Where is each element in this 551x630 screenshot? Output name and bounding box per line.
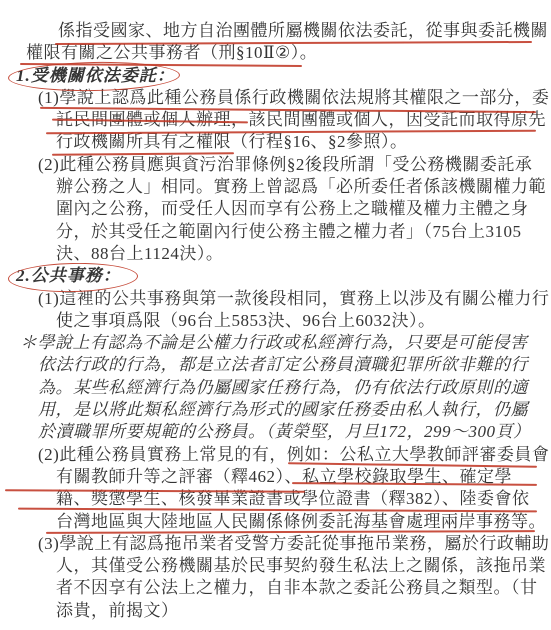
text-line: 圍內之公務，而受任人因而享有公務上之職權及權力主體之身: [0, 198, 551, 220]
text-line: 添貴，前揭文）: [0, 600, 551, 622]
text-line: 者不因享有公法上之權力，自非本款之委託公務員之類型。（甘: [0, 577, 551, 599]
text-line: 台灣地區與大陸地區人民關係條例委託海基會處理兩岸事務等。: [0, 511, 551, 533]
text-line: 辦公務之人」相同。實務上曾認爲「必所委任者係該機關權力範: [0, 176, 551, 198]
text-line: (2)此種公務員應與貪污治罪條例§2後段所謂「受公務機關委託承: [0, 154, 551, 176]
text-line: (2)此種公務員實務上常見的有，例如：公私立大學教師評審委員會: [0, 444, 551, 466]
text-line: 決、88台上1124決）。: [0, 243, 551, 265]
text-line: (3)學說上有認爲拖吊業者受警方委託從事拖吊業務，屬於行政輔助: [0, 533, 551, 555]
text-line: 籍、獎懲學生、核發畢業證書或學位證書（釋382）、陸委會依: [0, 488, 551, 510]
text-line: (1)學說上認爲此種公務員係行政機關依法規將其權限之一部分，委: [0, 87, 551, 109]
document-page: 係指受國家、地方自治團體所屬機關依法委託，從事與委託機關 權限有關之公共事務者（…: [0, 0, 551, 630]
heading-entrusted-by-agency: 1.受機關依法委託：: [0, 65, 551, 87]
scholar-note-line: 依法行政的行為，都是立法者訂定公務員瀆職犯罪所欲非難的行: [0, 354, 551, 376]
scholar-note-line: ＊學說上有認為不論是公權力行政或私經濟行為，只要是可能侵害: [0, 332, 551, 354]
scholar-note-line: 於瀆職罪所要規範的公務員。（黃榮堅，月旦172，299～300頁）: [0, 421, 551, 443]
text-line: 權限有關之公共事務者（刑§10Ⅱ②）。: [0, 42, 551, 64]
scholar-note-line: 為。某些私經濟行為仍屬國家任務行為，仍有依法行政原則的適: [0, 377, 551, 399]
text-line: 有關教師升等之評審（釋462）、私立學校錄取學生、確定學: [0, 466, 551, 488]
document-text: 係指受國家、地方自治團體所屬機關依法委託，從事與委託機關 權限有關之公共事務者（…: [0, 20, 551, 622]
text-line: 人，其僅受公務機關基於民事契約發生私法上之關係，該拖吊業: [0, 555, 551, 577]
text-line: 係指受國家、地方自治團體所屬機關依法委託，從事與委託機關: [0, 20, 551, 42]
text-line: (1)這裡的公共事務與第一款後段相同，實務上以涉及有關公權力行: [0, 288, 551, 310]
heading-public-affairs: 2.公共事務：: [0, 265, 551, 287]
text-line: 分，於其受任之範圍內行使公務主體之權力者」（75台上3105: [0, 221, 551, 243]
text-line: 行政機關所具有之權限（行程§16、§2參照）。: [0, 131, 551, 153]
text-line: 託民間團體或個人辦理，該民間團體或個人，因受託而取得原先: [0, 109, 551, 131]
scholar-note-line: 用，是以將此類私經濟行為形式的國家任務委由私人執行，仍屬: [0, 399, 551, 421]
text-line: 使之事項爲限（96台上5853決、96台上6032決）。: [0, 310, 551, 332]
